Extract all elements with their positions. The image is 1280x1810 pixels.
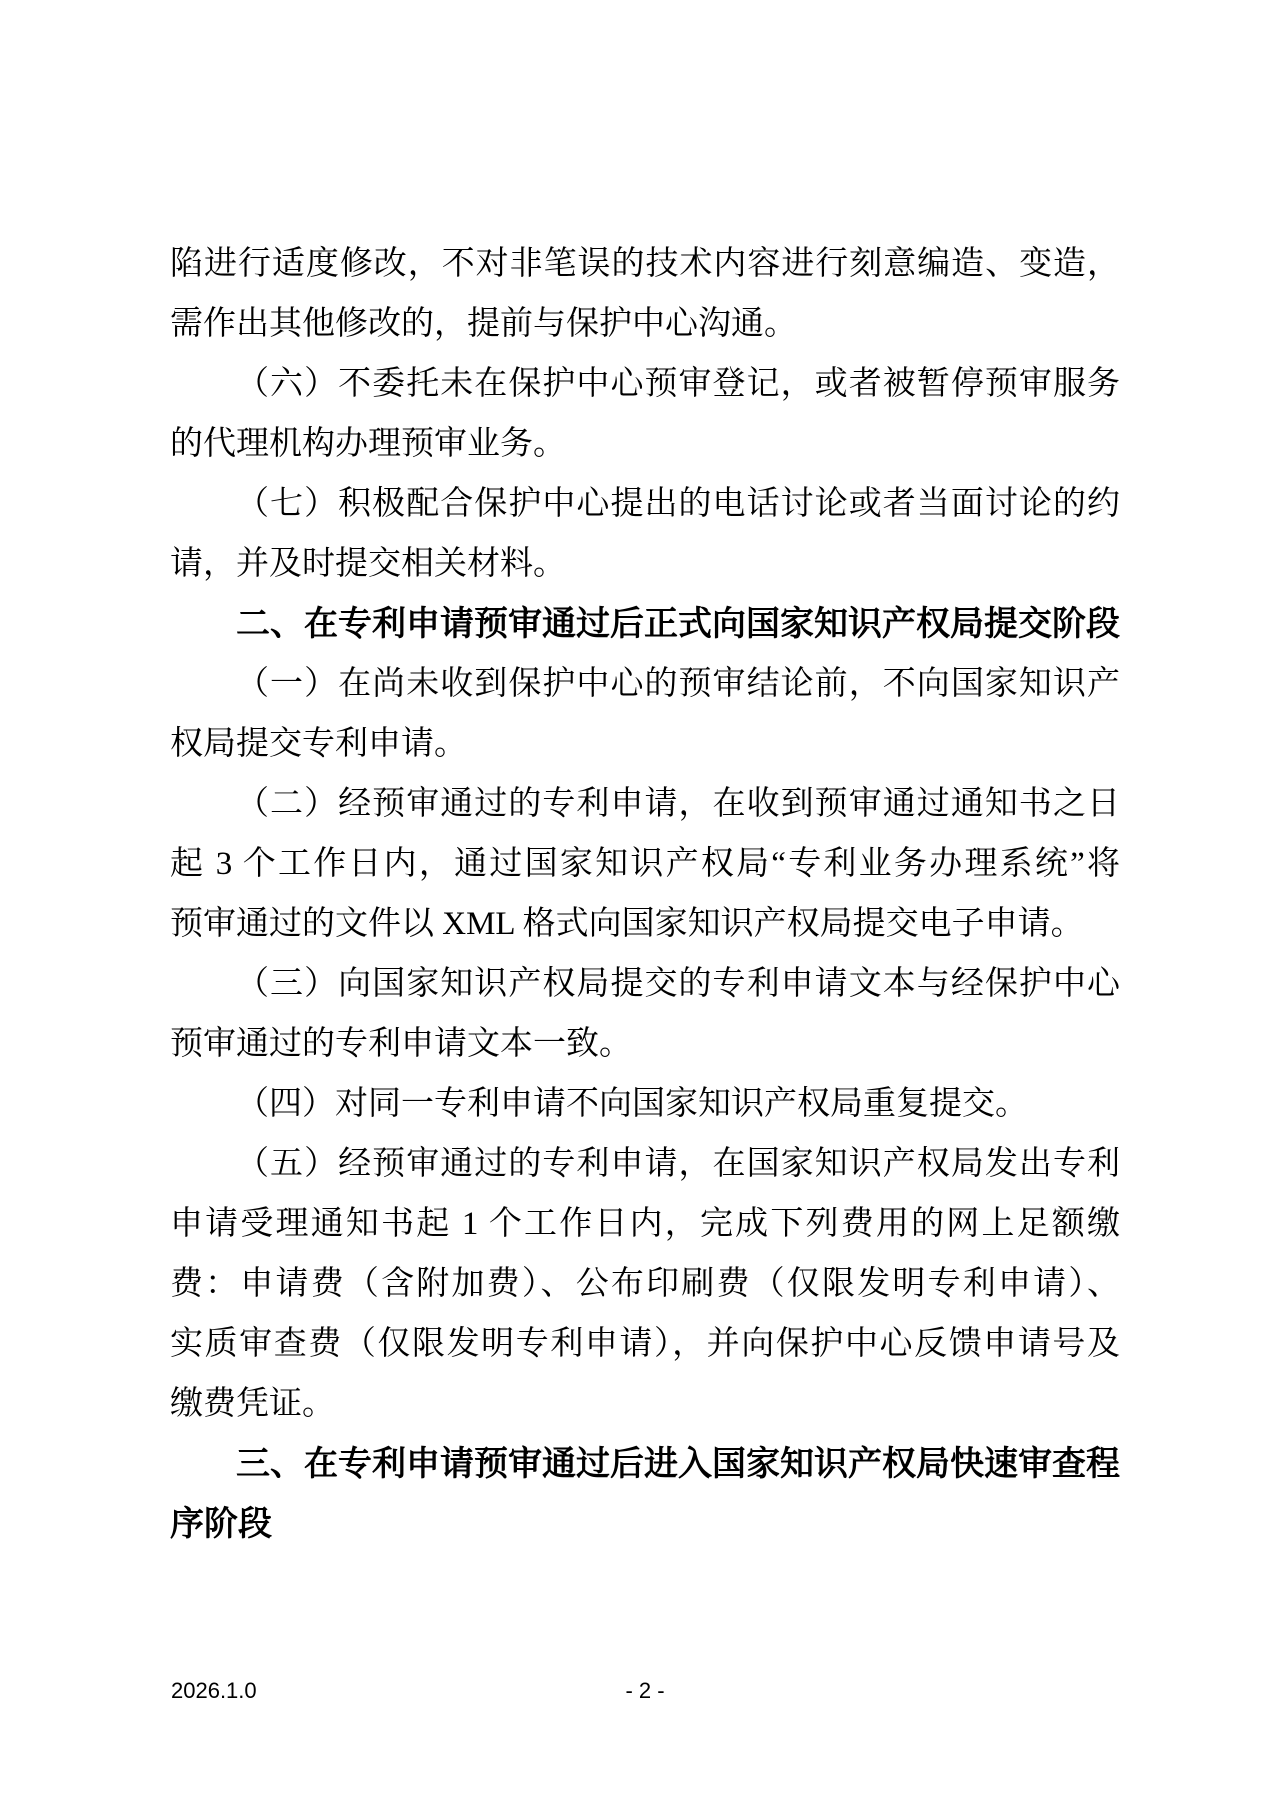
heading-section-2-line-1: 二、在专利申请预审通过后正式向国家知识产权局提交阶段 [170, 594, 1120, 654]
paragraph-item-5-line-1: （五）经预审通过的专利申请，在国家知识产权局发出专利 [170, 1134, 1120, 1194]
document-body: 陷进行适度修改，不对非笔误的技术内容进行刻意编造、变造，需作出其他修改的，提前与… [170, 234, 1120, 1554]
paragraph-item-7-line-1: （七）积极配合保护中心提出的电话讨论或者当面讨论的约 [170, 474, 1120, 534]
paragraph-item-2-line-2: 起 3 个工作日内，通过国家知识产权局“专利业务办理系统”将 [170, 834, 1120, 894]
paragraph-item-1-line-2: 权局提交专利申请。 [170, 714, 1120, 774]
paragraph-item-2-line-3: 预审通过的文件以 XML 格式向国家知识产权局提交电子申请。 [170, 894, 1120, 954]
paragraph-item-5-line-2: 申请受理通知书起 1 个工作日内，完成下列费用的网上足额缴 [170, 1194, 1120, 1254]
heading-section-3-line-1: 三、在专利申请预审通过后进入国家知识产权局快速审查程 [170, 1434, 1120, 1494]
paragraph-item-7-line-2: 请，并及时提交相关材料。 [170, 534, 1120, 594]
paragraph-item-2-line-1: （二）经预审通过的专利申请，在收到预审通过通知书之日 [170, 774, 1120, 834]
paragraph-item-5-line-3: 费：申请费（含附加费）、公布印刷费（仅限发明专利申请）、 [170, 1254, 1120, 1314]
footer-page-number: - 2 - [0, 1678, 1280, 1704]
paragraph-continuation-line-2: 需作出其他修改的，提前与保护中心沟通。 [170, 294, 1120, 354]
paragraph-item-3-line-1: （三）向国家知识产权局提交的专利申请文本与经保护中心 [170, 954, 1120, 1014]
paragraph-item-3-line-2: 预审通过的专利申请文本一致。 [170, 1014, 1120, 1074]
paragraph-item-4-line-1: （四）对同一专利申请不向国家知识产权局重复提交。 [170, 1074, 1120, 1134]
paragraph-item-6-line-1: （六）不委托未在保护中心预审登记，或者被暂停预审服务 [170, 354, 1120, 414]
page: 陷进行适度修改，不对非笔误的技术内容进行刻意编造、变造，需作出其他修改的，提前与… [0, 0, 1280, 1810]
heading-section-3-line-2: 序阶段 [170, 1494, 1120, 1554]
paragraph-continuation-line-1: 陷进行适度修改，不对非笔误的技术内容进行刻意编造、变造， [170, 234, 1120, 294]
paragraph-item-5-line-4: 实质审查费（仅限发明专利申请），并向保护中心反馈申请号及 [170, 1314, 1120, 1374]
paragraph-item-1-line-1: （一）在尚未收到保护中心的预审结论前，不向国家知识产 [170, 654, 1120, 714]
paragraph-item-5-line-5: 缴费凭证。 [170, 1374, 1120, 1434]
paragraph-item-6-line-2: 的代理机构办理预审业务。 [170, 414, 1120, 474]
